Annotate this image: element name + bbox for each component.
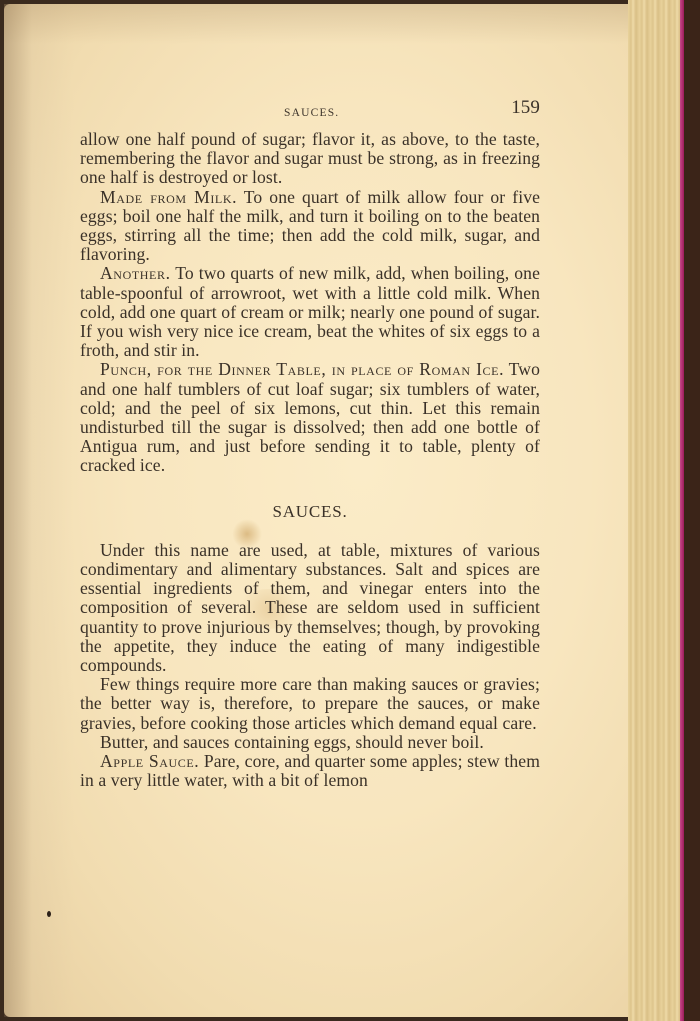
recipe-made-from-milk: Made from Milk. To one quart of milk all… bbox=[80, 188, 540, 265]
page-fore-edge bbox=[628, 0, 680, 1021]
section-paragraph: Under this name are used, at table, mixt… bbox=[80, 541, 540, 675]
recipe-another: Another. To two quarts of new milk, add,… bbox=[80, 264, 540, 360]
recipe-apple-sauce: Apple Sauce. Pare, core, and quarter som… bbox=[80, 752, 540, 790]
page-number: 159 bbox=[511, 98, 540, 117]
running-title: SAUCES. bbox=[284, 104, 339, 123]
section-paragraph: Few things require more care than making… bbox=[80, 675, 540, 733]
recipe-punch: Punch, for the Dinner Table, in place of… bbox=[80, 360, 540, 475]
recipe-title: Made from Milk. bbox=[100, 187, 237, 207]
section-paragraph: Butter, and sauces containing eggs, shou… bbox=[80, 733, 540, 752]
recipe-title: Apple Sauce. bbox=[100, 751, 199, 771]
section-heading: SAUCES. bbox=[80, 502, 540, 521]
running-head: SAUCES. 159 bbox=[80, 96, 540, 130]
ink-speck bbox=[47, 911, 51, 917]
recipe-title: Another. bbox=[100, 263, 171, 283]
page-text: SAUCES. 159 allow one half pound of suga… bbox=[80, 96, 540, 791]
recipe-title: Punch, for the Dinner Table, in place of… bbox=[100, 359, 504, 379]
book-scan: SAUCES. 159 allow one half pound of suga… bbox=[0, 0, 700, 1021]
paragraph-continuation: allow one half pound of sugar; flavor it… bbox=[80, 130, 540, 188]
cover-shadow bbox=[684, 0, 700, 1021]
